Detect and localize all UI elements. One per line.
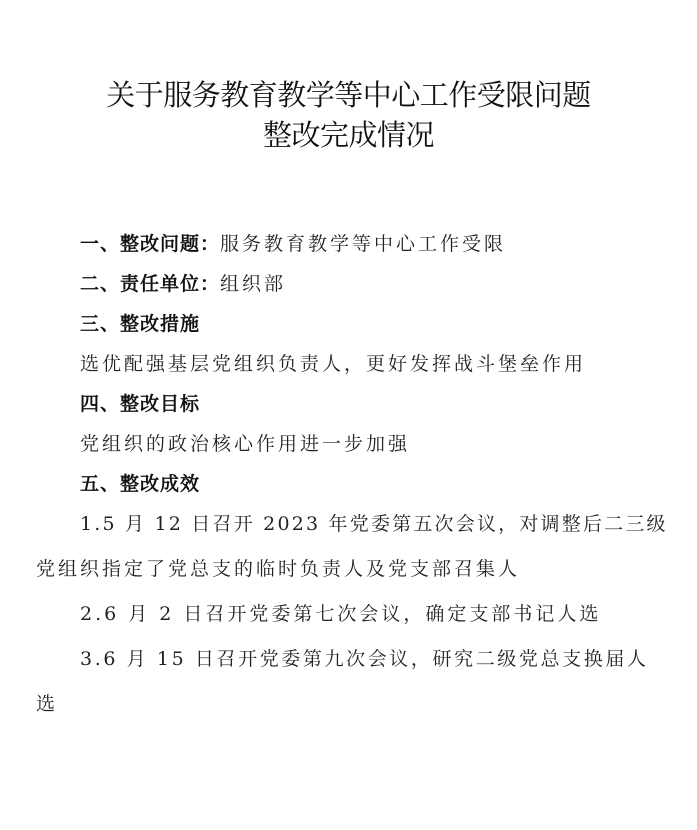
document-title-line2: 整改完成情况 [0,113,697,154]
section-goal-body: 党组织的政治核心作用进一步加强 [80,429,410,456]
section-heading: 一、整改问题： [80,233,220,255]
result-item-3-line1: 3.6 月 15 日召开党委第九次会议，研究二级党总支换届人 [80,644,649,671]
section-responsible-unit: 二、责任单位：组织部 [80,269,286,296]
section-problem: 一、整改问题：服务教育教学等中心工作受限 [80,229,506,256]
document-page: 关于服务教育教学等中心工作受限问题 整改完成情况 一、整改问题：服务教育教学等中… [0,0,697,830]
section-measures-heading: 三、整改措施 [80,309,200,336]
result-item-1-line1: 1.5 月 12 日召开 2023 年党委第五次会议，对调整后二三级 [80,509,668,536]
section-value: 服务教育教学等中心工作受限 [220,233,506,255]
section-measures-body: 选优配强基层党组织负责人，更好发挥战斗堡垒作用 [80,349,586,376]
result-item-1-line2: 党组织指定了党总支的临时负责人及党支部召集人 [36,554,520,581]
result-item-2: 2.6 月 2 日召开党委第七次会议，确定支部书记人选 [80,599,601,626]
section-value: 组织部 [220,273,286,295]
document-title-line1: 关于服务教育教学等中心工作受限问题 [0,73,697,114]
section-heading: 二、责任单位： [80,273,220,295]
section-goal-heading: 四、整改目标 [80,389,200,416]
result-item-3-line2: 选 [36,689,58,716]
section-results-heading: 五、整改成效 [80,469,200,496]
